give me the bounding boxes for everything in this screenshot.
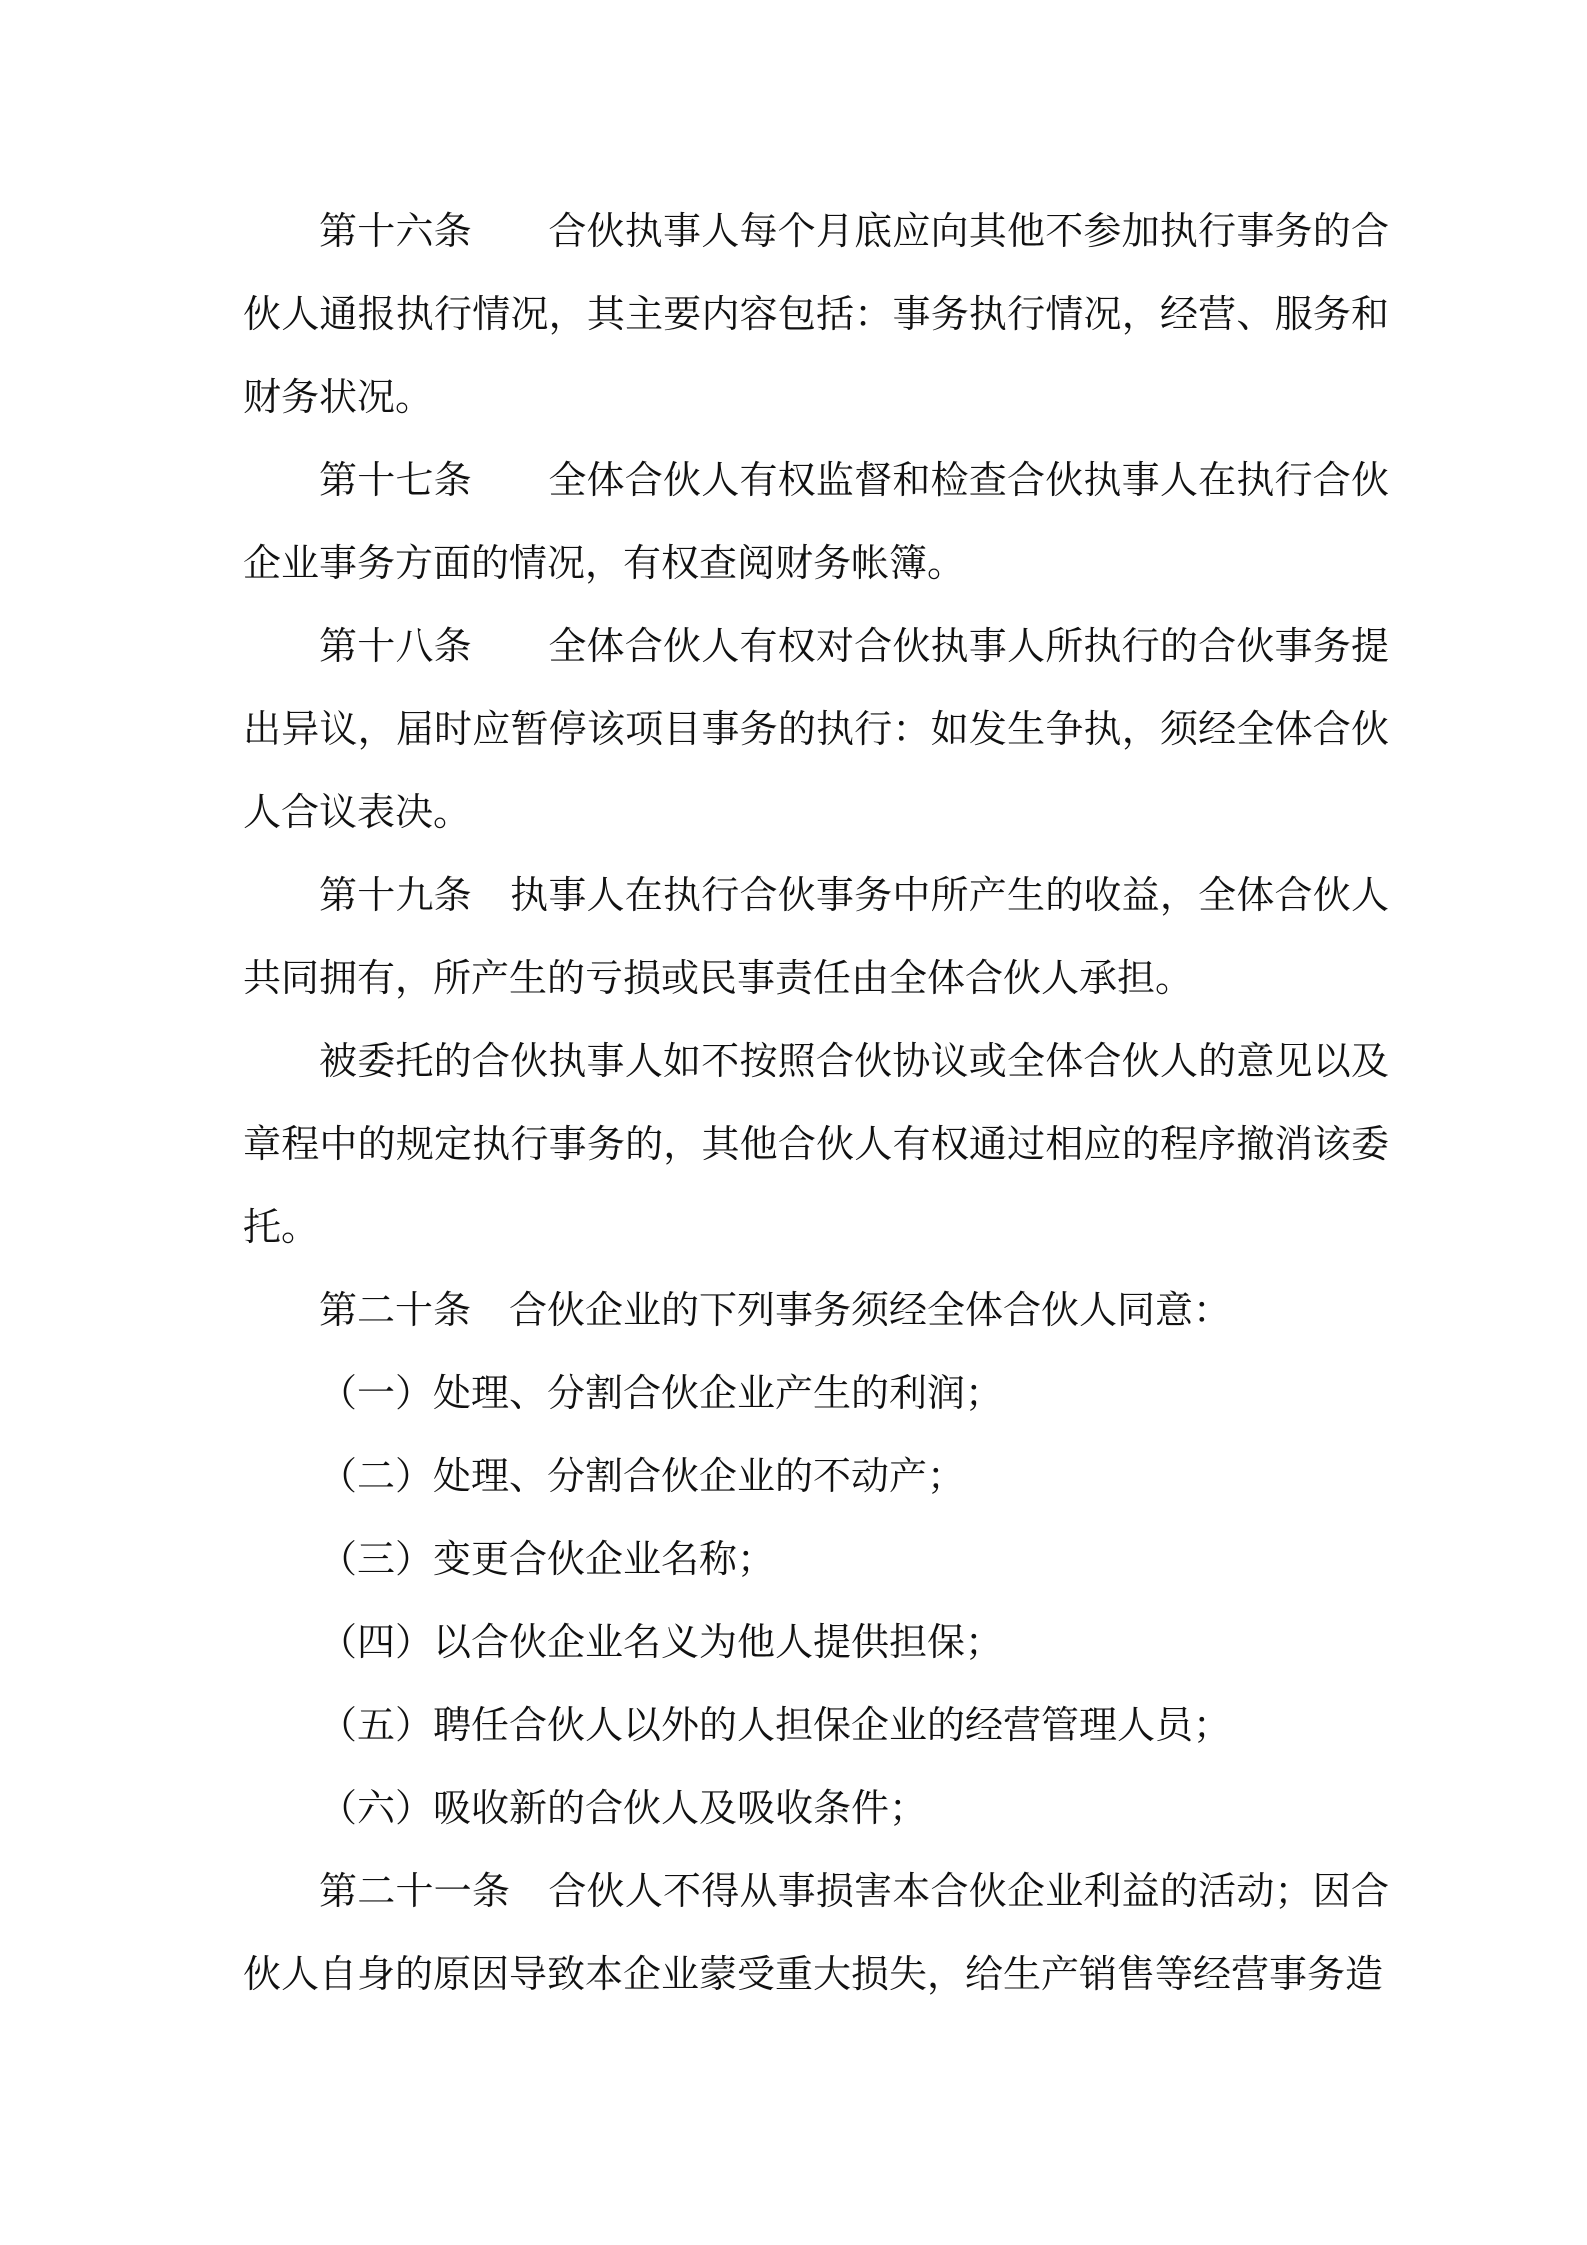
document-text-block: 第十六条 合伙执事人每个月底应向其他不参加执行事务的合伙人通报执行情况，其主要内… [243, 190, 1389, 2016]
paragraph-article-20: 第二十条 合伙企业的下列事务须经全体合伙人同意： [243, 1269, 1389, 1352]
paragraph-article-20-item-6: （六）吸收新的合伙人及吸收条件； [243, 1767, 1389, 1850]
paragraph-article-20-item-1: （一）处理、分割合伙企业产生的利润； [243, 1352, 1389, 1435]
paragraph-article-17: 第十七条 全体合伙人有权监督和检查合伙执事人在执行合伙企业事务方面的情况，有权查… [243, 439, 1389, 605]
paragraph-article-19: 第十九条 执事人在执行合伙事务中所产生的收益，全体合伙人共同拥有，所产生的亏损或… [243, 854, 1389, 1020]
paragraph-article-20-item-2: （二）处理、分割合伙企业的不动产； [243, 1435, 1389, 1518]
paragraph-article-16: 第十六条 合伙执事人每个月底应向其他不参加执行事务的合伙人通报执行情况，其主要内… [243, 190, 1389, 439]
paragraph-article-18: 第十八条 全体合伙人有权对合伙执事人所执行的合伙事务提出异议，届时应暂停该项目事… [243, 605, 1389, 854]
document-page: 第十六条 合伙执事人每个月底应向其他不参加执行事务的合伙人通报执行情况，其主要内… [0, 0, 1587, 2245]
paragraph-delegation-revocation: 被委托的合伙执事人如不按照合伙协议或全体合伙人的意见以及章程中的规定执行事务的，… [243, 1020, 1389, 1269]
paragraph-article-20-item-5: （五）聘任合伙人以外的人担保企业的经营管理人员； [243, 1684, 1389, 1767]
paragraph-article-20-item-3: （三）变更合伙企业名称； [243, 1518, 1389, 1601]
paragraph-article-21: 第二十一条 合伙人不得从事损害本合伙企业利益的活动；因合伙人自身的原因导致本企业… [243, 1850, 1389, 2016]
paragraph-article-20-item-4: （四）以合伙企业名义为他人提供担保； [243, 1601, 1389, 1684]
